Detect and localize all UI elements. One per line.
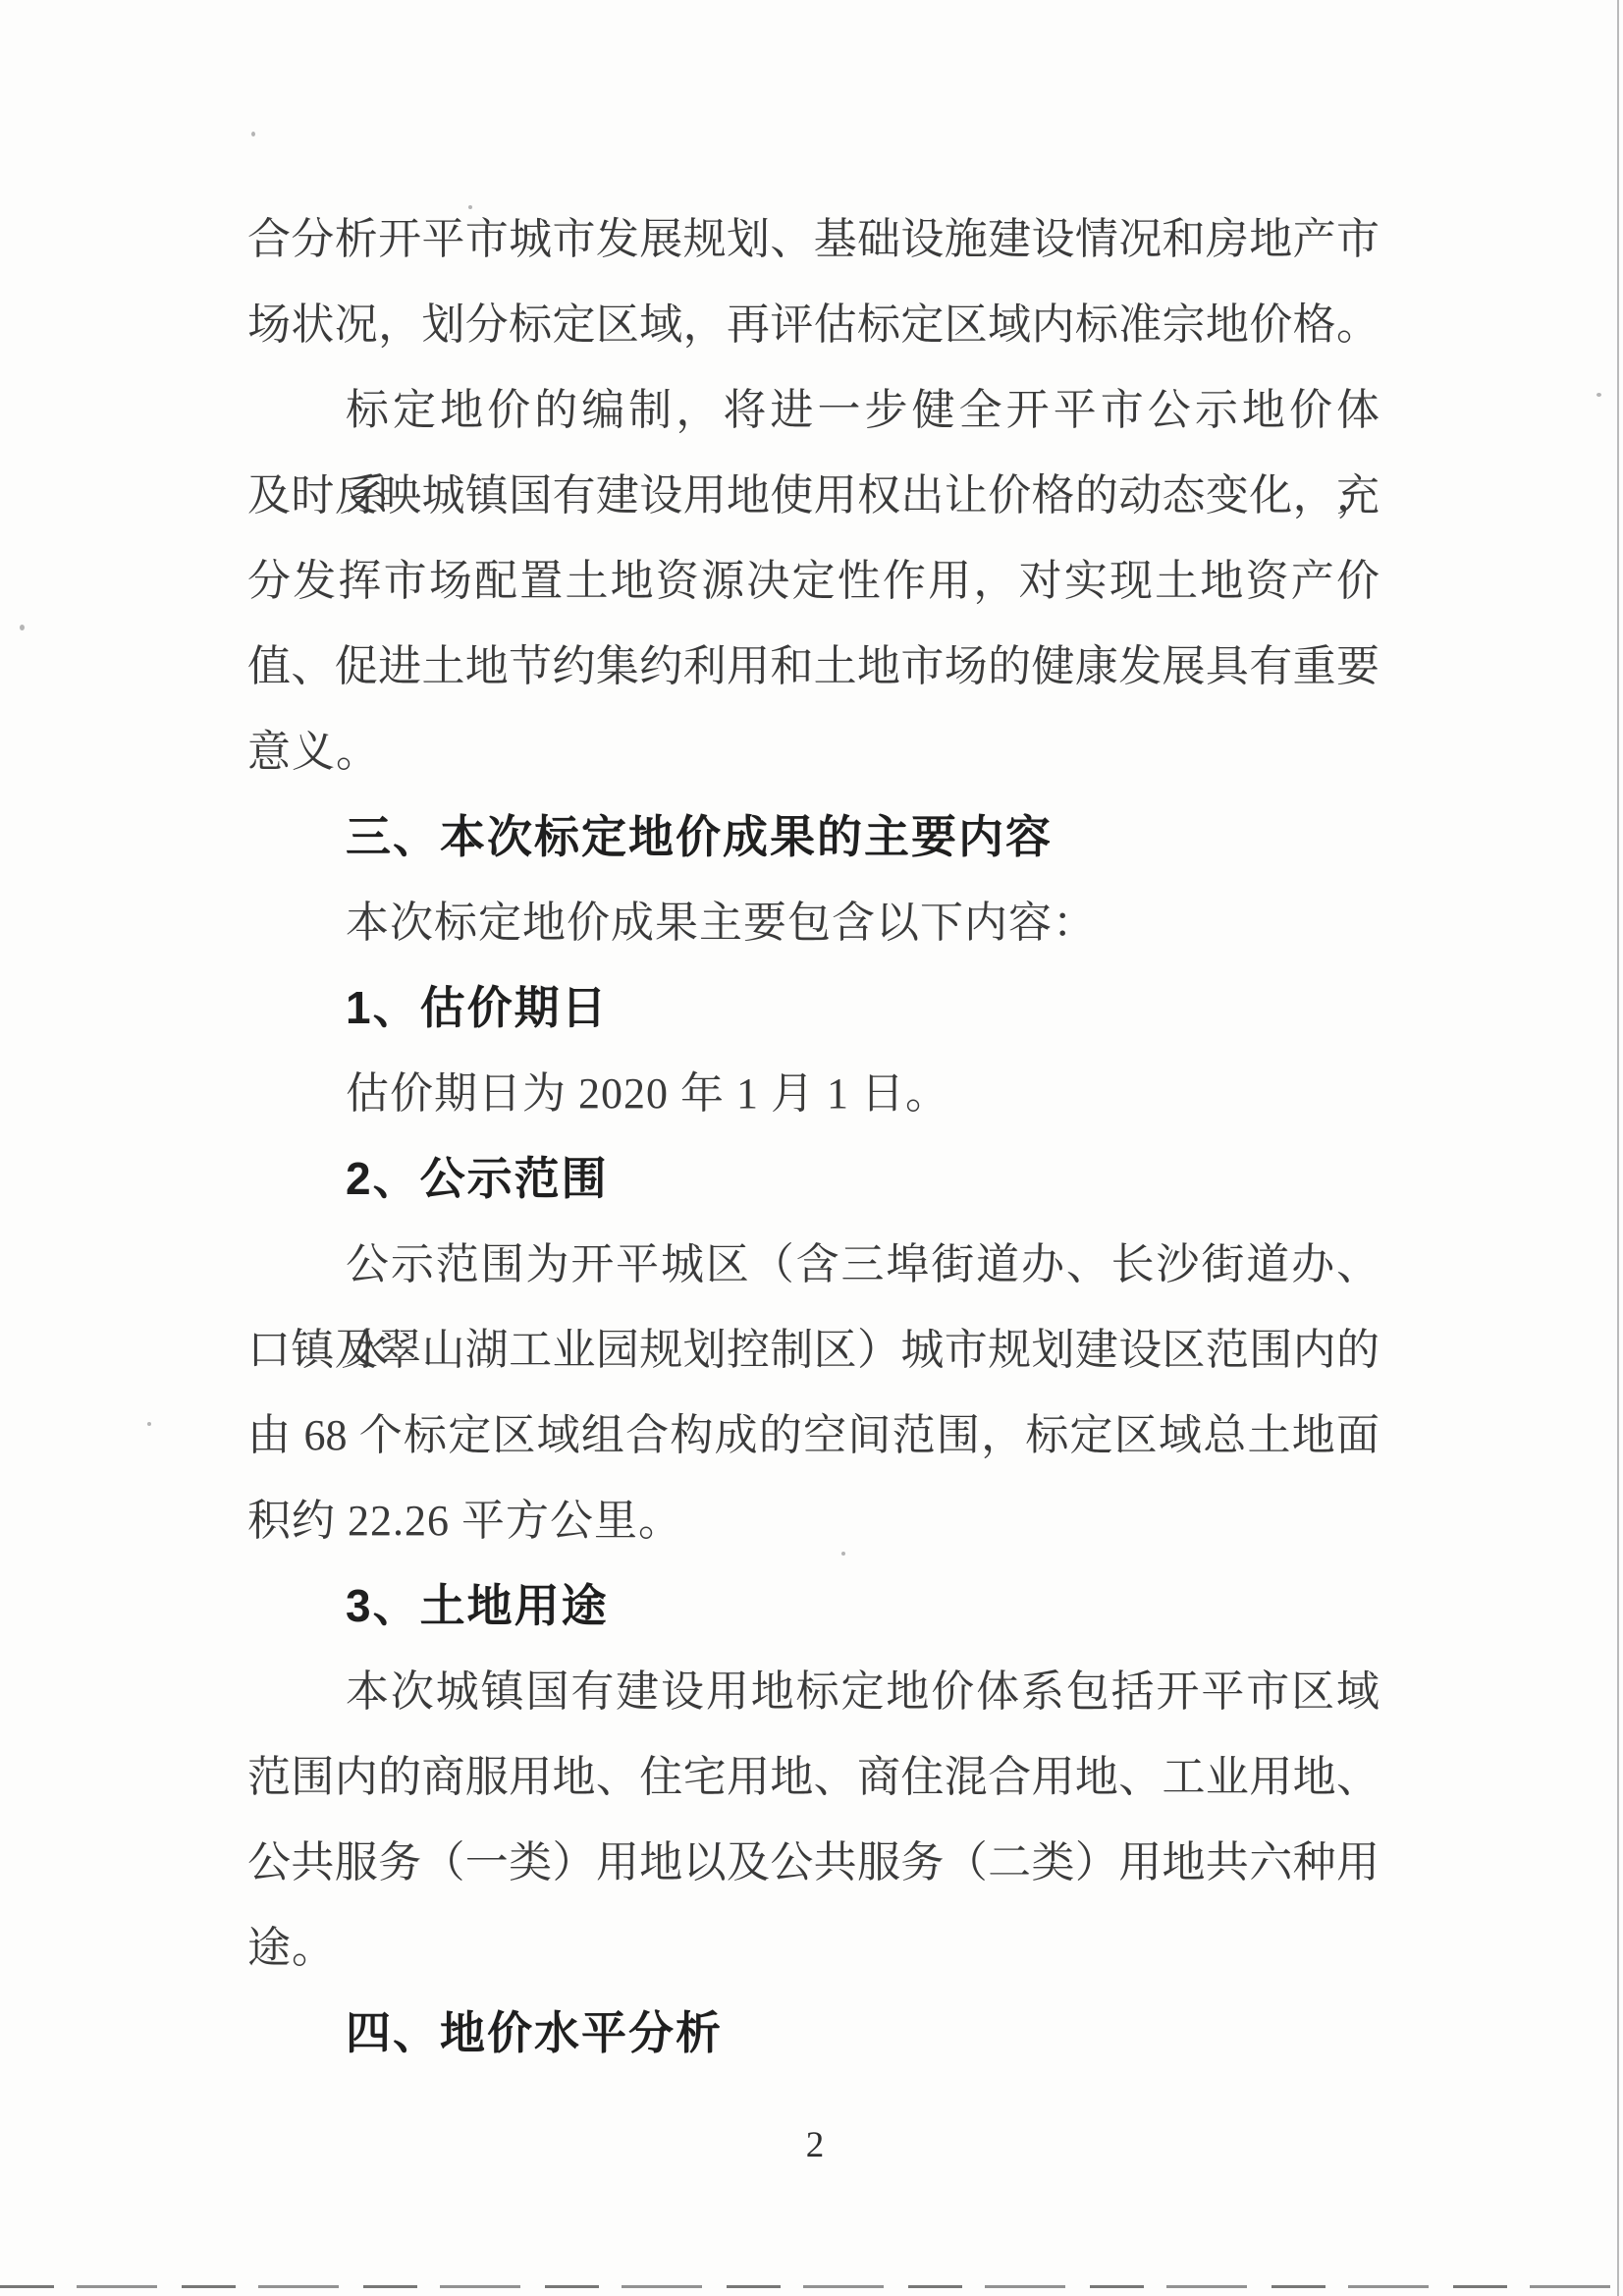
scan-bottom-artifact: [0, 2285, 1623, 2288]
scan-speck: [841, 1552, 845, 1556]
subsection-heading: 3、土地用途: [247, 1563, 1380, 1649]
text-line: 估价期日为 2020 年 1 月 1 日。: [247, 1051, 1380, 1136]
text-line: 本次城镇国有建设用地标定地价体系包括开平市区域: [247, 1649, 1380, 1734]
scan-speck: [20, 625, 25, 630]
scanned-page: 合分析开平市城市发展规划、基础设施建设情况和房地产市 场状况，划分标定区域，再评…: [0, 0, 1623, 2296]
scan-speck: [147, 1422, 151, 1426]
text-line: 分发挥市场配置土地资源决定性作用，对实现土地资产价: [247, 538, 1380, 624]
text-line: 值、促进土地节约集约利用和土地市场的健康发展具有重要: [247, 624, 1380, 709]
text-line: 范围内的商服用地、住宅用地、商住混合用地、工业用地、: [247, 1734, 1380, 1820]
subsection-heading: 1、估价期日: [247, 965, 1380, 1051]
text-line: 及时反映城镇国有建设用地使用权出让价格的动态变化，充: [247, 453, 1380, 538]
scan-speck: [468, 205, 472, 209]
section-heading: 四、地价水平分析: [247, 1991, 1380, 2076]
scan-speck: [251, 132, 255, 137]
text-line: 公示范围为开平城区（含三埠街道办、长沙街道办、水: [247, 1222, 1380, 1307]
text-line: 标定地价的编制，将进一步健全开平市公示地价体系，: [247, 367, 1380, 453]
text-line: 合分析开平市城市发展规划、基础设施建设情况和房地产市: [247, 196, 1380, 282]
text-line: 由 68 个标定区域组合构成的空间范围，标定区域总土地面: [247, 1393, 1380, 1478]
text-line: 本次标定地价成果主要包含以下内容：: [247, 880, 1380, 965]
text-line: 途。: [247, 1905, 1380, 1991]
text-line: 积约 22.26 平方公里。: [247, 1478, 1380, 1563]
section-heading: 三、本次标定地价成果的主要内容: [247, 794, 1380, 880]
subsection-heading: 2、公示范围: [247, 1136, 1380, 1222]
scan-speck: [1596, 393, 1601, 397]
page-number: 2: [790, 2116, 839, 2175]
document-body: 合分析开平市城市发展规划、基础设施建设情况和房地产市 场状况，划分标定区域，再评…: [247, 196, 1380, 2076]
text-line: 场状况，划分标定区域，再评估标定区域内标准宗地价格。: [247, 282, 1380, 367]
text-line: 口镇及翠山湖工业园规划控制区）城市规划建设区范围内的: [247, 1307, 1380, 1393]
text-line: 公共服务（一类）用地以及公共服务（二类）用地共六种用: [247, 1820, 1380, 1905]
text-line: 意义。: [247, 709, 1380, 794]
scan-edge-artifact: [1617, 0, 1619, 2296]
